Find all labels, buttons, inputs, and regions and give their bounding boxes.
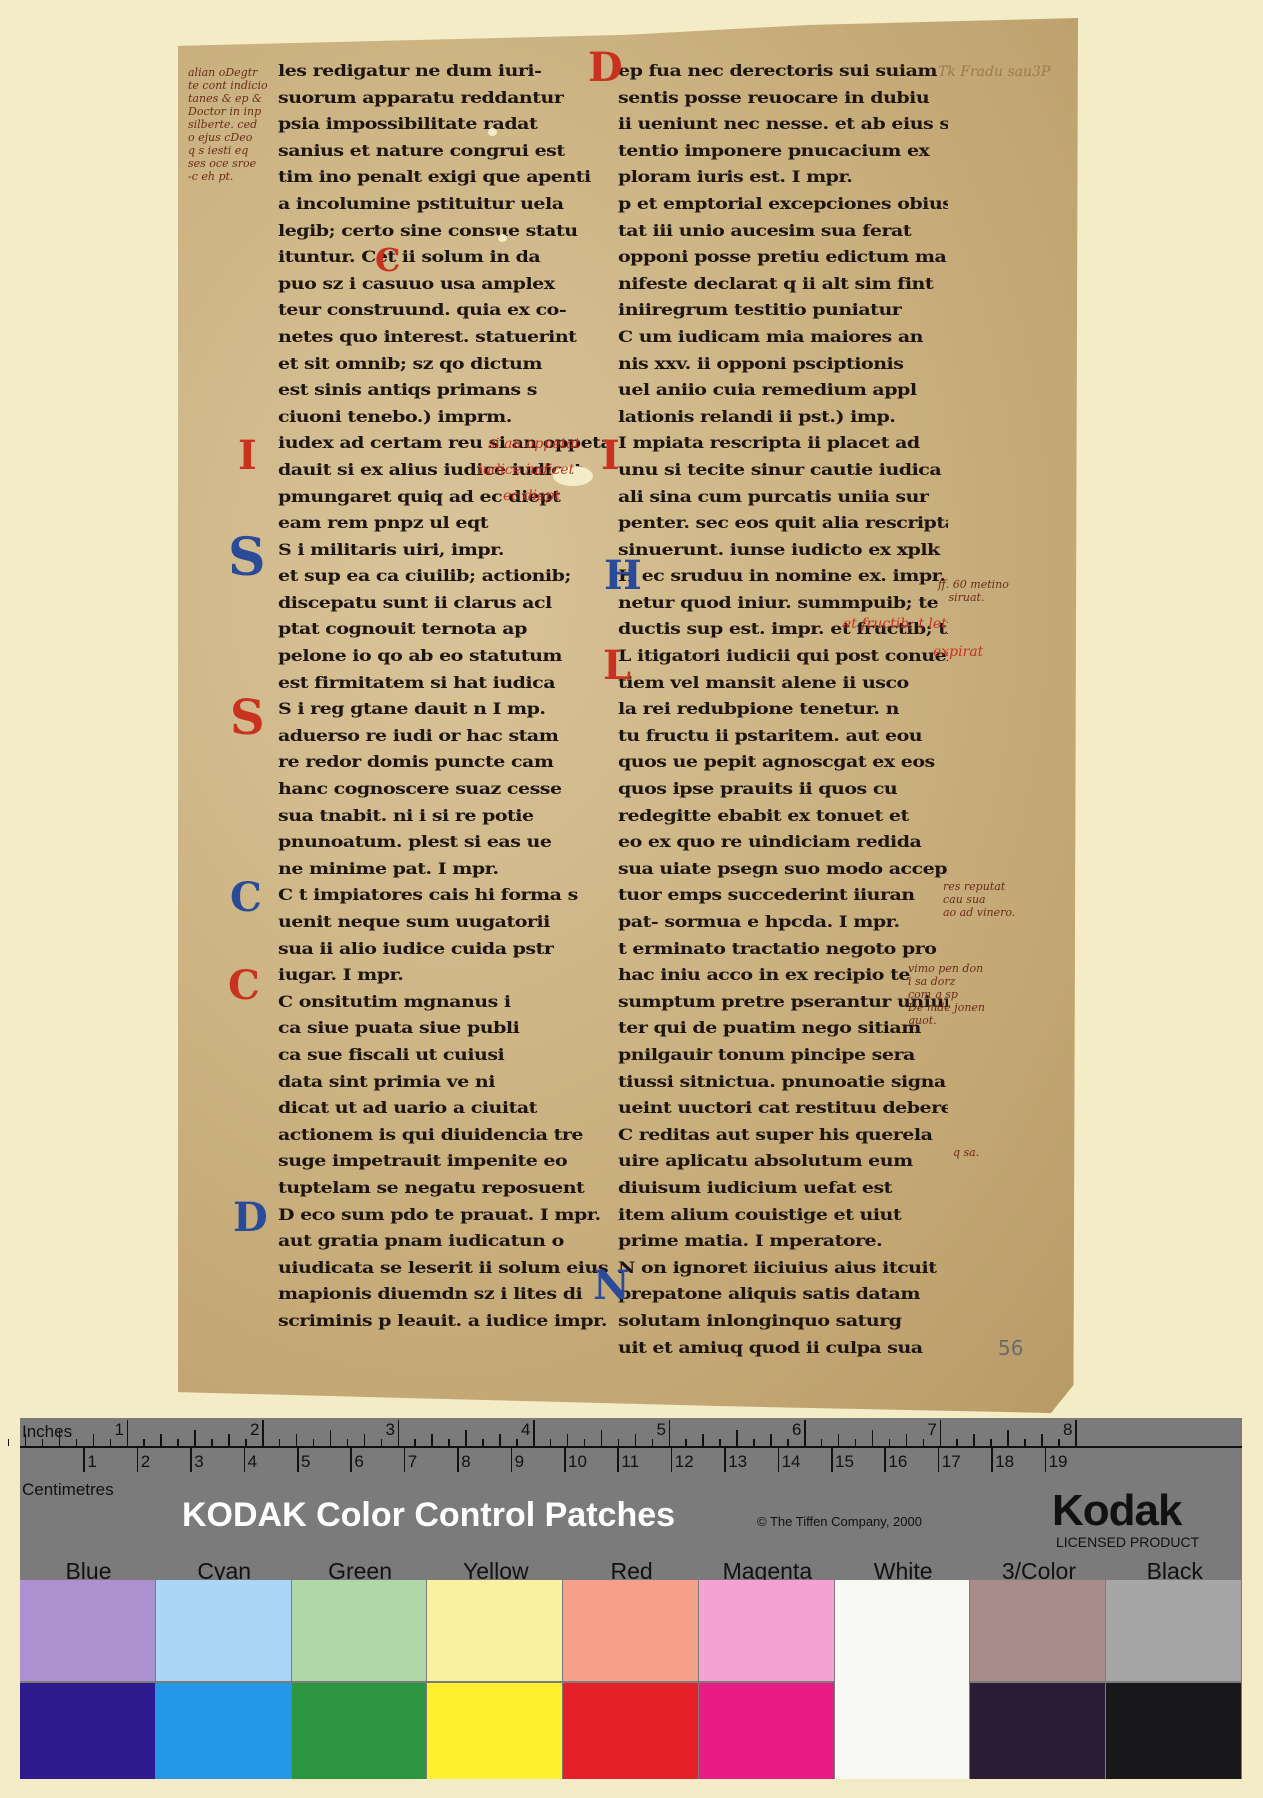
color-patch-dark (970, 1683, 1105, 1779)
color-patch-light (427, 1580, 562, 1681)
marginal-note: q sa. (953, 1146, 979, 1159)
manuscript-line: quos ue pepit agnoscgat ex eos (618, 751, 948, 774)
manuscript-line: quos ipse prauits ii quos cu (618, 778, 948, 801)
inch-tick (889, 1439, 891, 1446)
color-patch-light (1106, 1580, 1241, 1681)
inch-tick (584, 1439, 586, 1446)
manuscript-line: sua ii alio iudice cuida pstr (278, 938, 608, 961)
inch-tick (973, 1434, 975, 1446)
manuscript-line: actionem is qui diuidencia tre (278, 1124, 608, 1147)
red-rubric-note: iudice iudicet (478, 464, 574, 477)
color-patch-light (563, 1580, 698, 1681)
cm-tick (564, 1448, 566, 1472)
inch-tick (940, 1420, 942, 1446)
cm-tick (724, 1448, 726, 1472)
manuscript-line: prime matia. I mperatore. (618, 1230, 948, 1253)
manuscript-line: unu si tecite sinur cautie iudica (618, 459, 948, 482)
inch-tick (279, 1439, 281, 1446)
inch-tick (296, 1434, 298, 1446)
color-patch-dark (699, 1683, 834, 1779)
inch-tick (855, 1439, 857, 1446)
inch-tick (516, 1439, 518, 1446)
manuscript-line: tiem vel mansit alene ii usco (618, 672, 948, 695)
manuscript-line: H ec sruduu in nomine ex. impr. (618, 565, 948, 588)
inch-tick (228, 1434, 230, 1446)
cm-number: 14 (782, 1452, 801, 1472)
manuscript-line: ter qui de puatim nego sitiam (618, 1017, 948, 1040)
color-patch-dark (1106, 1683, 1241, 1779)
manuscript-line: ueint uuctori cat restituu debere (618, 1097, 948, 1120)
parchment-hole (488, 128, 497, 136)
licensed-product-text: LICENSED PRODUCT (1056, 1534, 1199, 1550)
inches-label: Inches (22, 1422, 72, 1442)
inch-tick (143, 1439, 145, 1446)
manuscript-line: tu fructu ii pstaritem. aut eou (618, 725, 948, 748)
manuscript-line: sumptum pretre pserantur uniur (618, 991, 948, 1014)
cm-tick (83, 1448, 85, 1472)
cm-tick (617, 1448, 619, 1472)
marginal-note: res reputat cau sua ao ad vinero. (943, 880, 1015, 919)
inch-tick (127, 1420, 129, 1446)
cm-number: 8 (461, 1452, 470, 1472)
inch-tick (347, 1439, 349, 1446)
manuscript-line: la rei redubpione tenetur. n (618, 698, 948, 721)
cm-tick (190, 1448, 192, 1472)
color-patch-light (292, 1580, 427, 1681)
cm-number: 15 (835, 1452, 854, 1472)
cm-number: 5 (301, 1452, 310, 1472)
marginal-note: vimo pen don i sa dorz com q sp De mde j… (908, 962, 985, 1027)
cm-number: 18 (995, 1452, 1014, 1472)
cm-number: 11 (621, 1452, 639, 1472)
inch-tick (381, 1439, 383, 1446)
manuscript-line: discepatu sunt ii clarus acl (278, 592, 608, 615)
manuscript-line: tuor emps succederint iiuran (618, 884, 948, 907)
inch-tick (499, 1434, 501, 1446)
manuscript-line: uel aniio cuia remedium appl (618, 379, 948, 402)
inch-tick (872, 1430, 874, 1446)
manuscript-line: t erminato tractatio negoto pro (618, 938, 948, 961)
blue-initial: N (593, 1266, 630, 1306)
manuscript-line: ali sina cum purcatis uniia sur (618, 485, 948, 508)
manuscript-line: uiudicata se leserit ii solum eiusti (278, 1257, 608, 1280)
manuscript-line: D eco sum pdo te prauat. I mpr. (278, 1204, 608, 1227)
manuscript-line: re redor domis puncte cam (278, 751, 608, 774)
manuscript-line: aut gratia pnam iudicatun o (278, 1230, 608, 1253)
manuscript-line: sua tnabit. ni i si re potie (278, 805, 608, 828)
inch-tick (787, 1439, 789, 1446)
inch-tick (465, 1430, 467, 1446)
manuscript-line: sentis posse reuocare in dubiu (618, 87, 948, 110)
cm-number: 4 (248, 1452, 257, 1472)
inch-tick (482, 1439, 484, 1446)
inch-tick (59, 1430, 61, 1446)
manuscript-line: C onsitutim mgnanus i (278, 991, 608, 1014)
red-rubric-note: ec diept (503, 490, 560, 503)
folio-number: 56 (998, 1336, 1023, 1360)
manuscript-line: ii ueniunt nec nesse. et ab eius sui (618, 113, 948, 136)
inch-number: 4 (521, 1420, 530, 1440)
manuscript-line: C reditas aut super his querela (618, 1124, 948, 1147)
inch-tick (448, 1439, 450, 1446)
manuscript-line: ca sue fiscali ut cuiusi (278, 1044, 608, 1067)
manuscript-line: penter. sec eos quit alia rescripta (618, 512, 948, 535)
cm-number: 13 (728, 1452, 747, 1472)
copyright-text: © The Tiffen Company, 2000 (757, 1514, 922, 1529)
inch-tick (245, 1439, 247, 1446)
manuscript-line: eam rem pnpz ul eqt (278, 512, 608, 535)
manuscript-line: tiussi sitnictua. pnunoatie signa (618, 1071, 948, 1094)
manuscript-line: legib; certo sine consue statu (278, 220, 608, 243)
red-rubric-note: et fructib; t let (843, 618, 947, 631)
inch-tick (618, 1439, 620, 1446)
manuscript-line: ituntur. Cet ii solum in da (278, 246, 608, 269)
manuscript-line: sinuerunt. iunse iudicto ex xplk (618, 539, 948, 562)
inch-tick (990, 1439, 992, 1446)
inch-number: 7 (928, 1420, 937, 1440)
inch-tick (1041, 1434, 1043, 1446)
cm-number: 10 (568, 1452, 587, 1472)
inch-tick (8, 1439, 10, 1446)
inch-number: 6 (792, 1420, 801, 1440)
color-patches (20, 1580, 1242, 1779)
manuscript-line: sua uiate psegn suo modo accepit. (618, 858, 948, 881)
red-initial: C (375, 240, 400, 280)
cm-number: 3 (194, 1452, 203, 1472)
manuscript-line: tim ino penalt exigi que apenti (278, 166, 608, 189)
manuscript-line: ep fua nec derectoris sui suiam (618, 60, 948, 83)
manuscript-line: dicat ut ad uario a ciuitat (278, 1097, 608, 1120)
inch-tick (770, 1434, 772, 1446)
manuscript-line: diuisum iudicium uefat est (618, 1177, 948, 1200)
cm-number: 17 (942, 1452, 961, 1472)
kodak-color-target: Inches Centimetres 123456781234567891011… (20, 1418, 1242, 1779)
left-text-column: les redigatur ne dum iuri-suorum apparat… (278, 58, 608, 1335)
blue-initial: C (230, 878, 262, 918)
cm-number: 1 (87, 1452, 96, 1472)
color-patch-light (699, 1580, 834, 1681)
manuscript-line: pelone io qo ab eo statutum (278, 645, 608, 668)
inch-tick (414, 1439, 416, 1446)
manuscript-line: pat- sormua e hpcda. I mpr. (618, 911, 948, 934)
manuscript-line: ca siue puata siue publi (278, 1017, 608, 1040)
inch-number: 2 (250, 1420, 259, 1440)
marginal-note: ff. 60 metino siruat. (938, 578, 1009, 604)
inch-tick (567, 1434, 569, 1446)
cm-tick (1045, 1448, 1047, 1472)
inch-tick (635, 1434, 637, 1446)
red-rubric-note: expirat (933, 646, 983, 659)
manuscript-leaf: les redigatur ne dum iuri-suorum apparat… (178, 18, 1078, 1413)
inch-tick (110, 1439, 112, 1446)
manuscript-line: redegitte ebabit ex tonuet et (618, 805, 948, 828)
manuscript-line: nis xxv. ii opponi psciptionis (618, 353, 948, 376)
manuscript-line: solutam inlonginquo saturg (618, 1310, 948, 1333)
manuscript-line: ptat cognouit ternota ap (278, 618, 608, 641)
inch-tick (1007, 1430, 1009, 1446)
manuscript-line: nifeste declarat q ii alt sim fint (618, 273, 948, 296)
manuscript-line: uit et amiuq quod ii culpa sua (618, 1336, 948, 1359)
color-patch-dark (427, 1683, 562, 1779)
inch-tick (601, 1430, 603, 1446)
manuscript-line: teur construund. quia ex co- (278, 299, 608, 322)
manuscript-line: S i reg gtane dauit n I mp. (278, 698, 608, 721)
color-patch-dark (156, 1683, 291, 1779)
inch-tick (533, 1420, 535, 1446)
manuscript-line: aduerso re iudi or hac stam (278, 725, 608, 748)
inch-tick (25, 1434, 27, 1446)
cm-tick (297, 1448, 299, 1472)
manuscript-line: opponi posse pretiu edictum ma (618, 246, 948, 269)
color-patch-light (156, 1580, 291, 1681)
inch-number: 5 (657, 1420, 666, 1440)
cm-tick (404, 1448, 406, 1472)
manuscript-line: N on ignoret iiciuius aius itcuit (618, 1257, 948, 1280)
cm-tick (938, 1448, 940, 1472)
inch-tick (194, 1430, 196, 1446)
inch-tick (821, 1439, 823, 1446)
inch-tick (652, 1439, 654, 1446)
manuscript-line: tat iii unio aucesim sua ferat (618, 220, 948, 243)
manuscript-line: puo sz i casuuo usa amplex (278, 273, 608, 296)
inch-tick (753, 1439, 755, 1446)
manuscript-line: eo ex quo re uindiciam redida (618, 831, 948, 854)
manuscript-line: C um iudicam mia maiores an (618, 326, 948, 349)
manuscript-line: mapionis diuemdn sz i lites di (278, 1283, 608, 1306)
blue-initial: S (228, 538, 266, 578)
inch-number: 1 (115, 1420, 124, 1440)
cm-tick (350, 1448, 352, 1472)
inch-tick (669, 1420, 671, 1446)
inch-tick (685, 1439, 687, 1446)
manuscript-line: ploram iuris est. I mpr. (618, 166, 948, 189)
manuscript-line: p et emptorial excepciones obius (618, 193, 948, 216)
cm-number: 6 (354, 1452, 363, 1472)
inch-tick (93, 1434, 95, 1446)
manuscript-line: les redigatur ne dum iuri- (278, 60, 608, 83)
manuscript-line: psia impossibilitate radat (278, 113, 608, 136)
cm-number: 12 (675, 1452, 694, 1472)
inch-tick (702, 1434, 704, 1446)
red-initial: S (230, 698, 265, 738)
manuscript-line: uire aplicatu absolutum eum (618, 1150, 948, 1173)
inch-tick (736, 1430, 738, 1446)
centimetres-label: Centimetres (22, 1480, 114, 1500)
color-patch-light (20, 1580, 155, 1681)
inch-tick (804, 1420, 806, 1446)
inch-tick (330, 1430, 332, 1446)
manuscript-line: netes quo interest. statuerint (278, 326, 608, 349)
cm-tick (137, 1448, 139, 1472)
manuscript-line: netur quod iniur. summpuib; te (618, 592, 948, 615)
inch-tick (550, 1439, 552, 1446)
manuscript-line: item alium couistige et uiut (618, 1204, 948, 1227)
manuscript-line: hac iniu acco in ex recipio te (618, 964, 948, 987)
red-initial: I (238, 436, 257, 476)
inch-tick (42, 1439, 44, 1446)
manuscript-line: suge impetrauit impenite eo (278, 1150, 608, 1173)
manuscript-line: est firmitatem si hat iudica (278, 672, 608, 695)
manuscript-line: uenit neque sum uugatorii (278, 911, 608, 934)
kodak-logo: Kodak (1052, 1486, 1181, 1536)
manuscript-line: lationis relandi ii pst.) imp. (618, 406, 948, 429)
cm-tick (511, 1448, 513, 1472)
cm-tick (671, 1448, 673, 1472)
manuscript-line: ne minime pat. I mpr. (278, 858, 608, 881)
inch-tick (431, 1434, 433, 1446)
parchment-hole (498, 234, 507, 242)
cm-tick (831, 1448, 833, 1472)
color-patch-light (970, 1580, 1105, 1681)
cm-tick (244, 1448, 246, 1472)
manuscript-line: pnilgauir tonum pincipe sera (618, 1044, 948, 1067)
manuscript-line: iniiregrum testitio puniatur (618, 299, 948, 322)
target-title: KODAK Color Control Patches (182, 1496, 675, 1535)
manuscript-line: I mpiata rescripta ii placet ad (618, 432, 948, 455)
manuscript-line: et sit omnib; sz qo dictum (278, 353, 608, 376)
inch-tick (1024, 1439, 1026, 1446)
color-patch-dark (292, 1683, 427, 1779)
inch-number: 8 (1063, 1420, 1072, 1440)
red-initial: I (601, 436, 620, 476)
blue-initial: H (604, 556, 642, 596)
manuscript-line: sanius et nature congrui est (278, 140, 608, 163)
blue-initial: D (233, 1198, 268, 1238)
inch-tick (719, 1439, 721, 1446)
manuscript-line: iugar. I mpr. (278, 964, 608, 987)
left-marginal-note: alian oDegtr te cont indicio tanes & ep … (188, 66, 268, 183)
manuscript-line: tentio imponere pnucacium ex (618, 140, 948, 163)
manuscript-line: suorum apparatu reddantur (278, 87, 608, 110)
cm-tick (457, 1448, 459, 1472)
red-rubric-note: si an oppetat (488, 438, 580, 451)
manuscript-line: hanc cognoscere suaz cesse (278, 778, 608, 801)
manuscript-line: scriminis p leauit. a iudice impr. (278, 1310, 608, 1333)
inch-tick (906, 1434, 908, 1446)
cm-number: 19 (1049, 1452, 1068, 1472)
color-patch-dark (20, 1683, 155, 1779)
right-text-column: ep fua nec derectoris sui suiamsentis po… (618, 58, 948, 1361)
manuscript-line: tuptelam se negatu reposuent (278, 1177, 608, 1200)
inch-tick (398, 1420, 400, 1446)
cm-number: 2 (141, 1452, 150, 1472)
red-initial: L (603, 646, 631, 686)
inch-number: 3 (386, 1420, 395, 1440)
cm-number: 9 (515, 1452, 524, 1472)
inch-tick (1075, 1420, 1077, 1446)
inch-tick (76, 1439, 78, 1446)
right-marginal-note: Tk Fradu sau3P (938, 66, 1050, 79)
manuscript-line: data sint primia ve ni (278, 1071, 608, 1094)
manuscript-line: est sinis antiqs primans s (278, 379, 608, 402)
manuscript-line: ciuoni tenebo.) imprm. (278, 406, 608, 429)
manuscript-line: prepatone aliquis satis datam (618, 1283, 948, 1306)
red-initial: D (588, 48, 623, 88)
manuscript-line: L itigatori iudicii qui post conuen (618, 645, 948, 668)
inch-tick (1058, 1439, 1060, 1446)
cm-number: 7 (408, 1452, 417, 1472)
inch-tick (364, 1434, 366, 1446)
color-patch-dark (835, 1580, 970, 1779)
red-initial: C (228, 966, 260, 1006)
cm-number: 16 (888, 1452, 907, 1472)
manuscript-line: et sup ea ca ciuilib; actionib; (278, 565, 608, 588)
color-patch-dark (563, 1683, 698, 1779)
inch-tick (956, 1439, 958, 1446)
inch-tick (160, 1434, 162, 1446)
inch-tick (211, 1439, 213, 1446)
cm-tick (884, 1448, 886, 1472)
manuscript-line: C t impiatores cais hi forma s (278, 884, 608, 907)
cm-tick (991, 1448, 993, 1472)
cm-tick (778, 1448, 780, 1472)
inch-tick (923, 1439, 925, 1446)
inch-tick (262, 1420, 264, 1446)
manuscript-line: S i militaris uiri, impr. (278, 539, 608, 562)
inch-tick (838, 1434, 840, 1446)
manuscript-line: a incolumine pstituitur uela (278, 193, 608, 216)
inch-tick (313, 1439, 315, 1446)
manuscript-line: pnunoatum. plest si eas ue (278, 831, 608, 854)
inch-tick (177, 1439, 179, 1446)
